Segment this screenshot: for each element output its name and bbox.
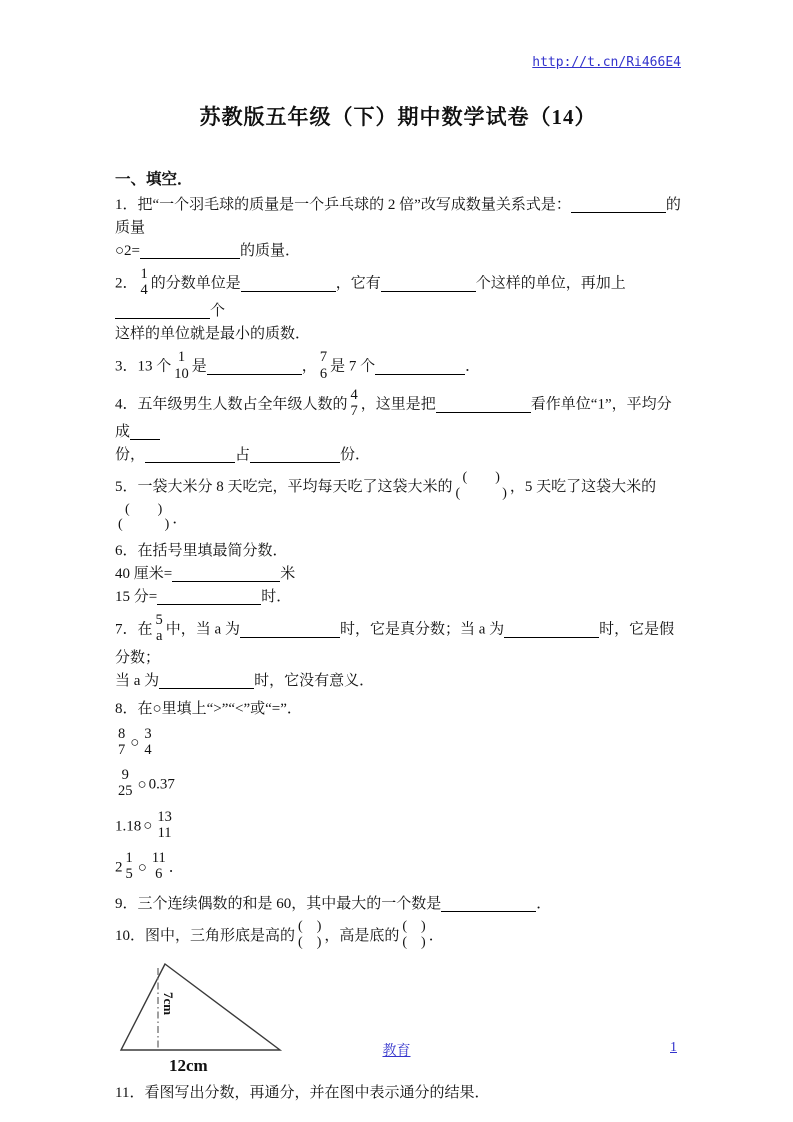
- fraction-numerator: 9: [118, 767, 133, 783]
- question-3-number: 3．: [115, 359, 138, 375]
- question-11-text: 看图写出分数，再通分，并在图中表示通分的结果．: [144, 1085, 489, 1101]
- blank-line: [207, 360, 302, 375]
- blank-line: [172, 567, 280, 582]
- question-9-number: 9．: [115, 896, 138, 912]
- question-1-text: 的质量．: [240, 243, 300, 259]
- fraction-numerator: ( ): [298, 919, 321, 935]
- question-5-number: 5．: [115, 480, 138, 496]
- question-9-text: ．: [536, 896, 551, 912]
- question-5-text: 一袋大米分 8 天吃完，平均每天吃了这袋大米的: [138, 480, 453, 496]
- question-4-text: ，这里是把: [361, 397, 436, 413]
- blank-line: [441, 897, 536, 912]
- question-1-text: 把“一个羽毛球的质量是一个乒乓球的 2 倍”改写成数量关系式是：: [138, 197, 571, 213]
- question-10-text: ，高是底的: [324, 929, 399, 945]
- question-2-number: 2．: [115, 276, 138, 292]
- question-11: 11．看图写出分数，再通分，并在图中表示通分的结果．: [115, 1082, 681, 1105]
- comparison-item-2: 925○0.37: [115, 769, 681, 801]
- question-4-text: 份．: [340, 447, 370, 463]
- question-4-text: 五年级男生人数占全年级人数的: [138, 397, 348, 413]
- fraction-denominator: ( ): [456, 486, 507, 502]
- fraction: 47: [351, 387, 358, 419]
- fraction-numerator: 4: [351, 387, 358, 403]
- question-8-number: 8．: [115, 701, 138, 717]
- fraction-denominator: 6: [152, 866, 166, 882]
- question-4-number: 4．: [115, 397, 138, 413]
- question-2: 2．14的分数单位是，它有个这样的单位，再加上个 这样的单位就是最小的质数．: [115, 268, 681, 346]
- question-10-number: 10．: [115, 929, 145, 945]
- question-10-text: 图中，三角形底是高的: [145, 929, 295, 945]
- question-7-text: 中，当 a 为: [166, 622, 240, 638]
- blank-line: [157, 590, 261, 605]
- page-footer: 教育 1: [0, 1040, 793, 1060]
- fraction-numerator: 11: [152, 850, 166, 866]
- footer-page-number-link[interactable]: 1: [670, 1040, 677, 1056]
- fraction-blank: ( )( ): [298, 919, 321, 950]
- header-url-link[interactable]: http://t.cn/Ri466E4: [532, 55, 681, 70]
- question-7-text: 当 a 为: [115, 673, 159, 689]
- comparison-circle: ○: [136, 777, 149, 793]
- blank-line: [159, 674, 254, 689]
- question-7-text: 时，它是真分数；当 a 为: [340, 622, 504, 638]
- question-4-text: 份，: [115, 447, 145, 463]
- question-9-text: 三个连续偶数的和是 60，其中最大的一个数是: [138, 896, 442, 912]
- comparison-circle: ○: [136, 860, 149, 876]
- question-1-circle-expr: ○2=: [115, 243, 140, 259]
- fraction-numerator: ( ): [456, 470, 507, 486]
- question-10-text: ．: [429, 929, 444, 945]
- fraction-denominator: 4: [144, 742, 151, 758]
- fraction-blank: ( )( ): [118, 502, 169, 533]
- question-5-text: ．: [172, 511, 187, 527]
- question-7-text: 在: [138, 622, 153, 638]
- question-3: 3．13 个110是，76是 7 个．: [115, 351, 681, 383]
- question-4-text: 占: [235, 447, 250, 463]
- fraction-numerator: 3: [144, 726, 151, 742]
- exam-page: http://t.cn/Ri466E4 苏教版五年级（下）期中数学试卷（14） …: [0, 0, 793, 1122]
- fraction-blank: ( )( ): [456, 470, 507, 501]
- fraction: 15: [126, 850, 133, 882]
- fraction-denominator: 6: [320, 366, 327, 382]
- fraction-denominator: 11: [157, 825, 172, 841]
- question-6: 6．在括号里填最简分数． 40 厘米=米 15 分=时．: [115, 540, 681, 609]
- fraction: 34: [144, 726, 151, 758]
- question-1-number: 1．: [115, 197, 138, 213]
- fraction-denominator: 5: [126, 866, 133, 882]
- fraction-numerator: 1: [141, 266, 148, 282]
- comparison-item-1: 87○34: [115, 728, 681, 760]
- question-3-text: 13 个: [138, 359, 172, 375]
- question-7-text: 时，它没有意义．: [254, 673, 374, 689]
- fraction: 5a: [156, 612, 163, 644]
- blank-line: [504, 623, 599, 638]
- comparison-item-4: 215○116．: [115, 852, 681, 884]
- question-6-text: 时．: [261, 589, 291, 605]
- question-2-text: 的分数单位是: [151, 276, 241, 292]
- question-6-text: 40 厘米=: [115, 566, 172, 582]
- fraction-numerator: 1: [126, 850, 133, 866]
- fraction-denominator: 4: [141, 282, 148, 298]
- fraction-denominator: ( ): [298, 935, 321, 951]
- question-6-number: 6．: [115, 543, 138, 559]
- question-8-text: 在○里填上“>”“<”或“=”．: [138, 701, 302, 717]
- decimal-value: 1.18: [115, 818, 141, 834]
- blank-line: [140, 244, 240, 259]
- comparison-item-3: 1.18○1311: [115, 811, 681, 843]
- fraction-numerator: 7: [320, 349, 327, 365]
- fraction-denominator: 10: [174, 366, 189, 382]
- footer-edu-link[interactable]: 教育: [383, 1044, 411, 1059]
- fraction-denominator: ( ): [118, 517, 169, 533]
- question-7-number: 7．: [115, 622, 138, 638]
- question-1: 1．把“一个羽毛球的质量是一个乒乓球的 2 倍”改写成数量关系式是：的质量 ○2…: [115, 194, 681, 263]
- blank-line: [436, 398, 531, 413]
- question-3-text: ．: [465, 359, 480, 375]
- fraction-denominator: 25: [118, 783, 133, 799]
- question-2-text: 个: [210, 303, 225, 319]
- page-header: http://t.cn/Ri466E4: [115, 0, 681, 71]
- triangle-height-label: 7cm: [161, 992, 176, 1015]
- fraction-denominator: a: [156, 628, 163, 644]
- fraction-numerator: ( ): [402, 919, 425, 935]
- fraction-numerator: 13: [157, 809, 172, 825]
- question-10: 10．图中，三角形底是高的( )( )，高是底的( )( )．: [115, 921, 681, 952]
- blank-line: [375, 360, 465, 375]
- fraction: 87: [118, 726, 125, 758]
- question-3-text: 是 7 个: [330, 359, 375, 375]
- question-3-text: ，: [302, 359, 317, 375]
- question-6-text: 米: [280, 566, 295, 582]
- section-heading-fill-in: 一、填空．: [115, 167, 681, 189]
- fraction-numerator: 5: [156, 612, 163, 628]
- question-5-text: ，5 天吃了这袋大米的: [510, 480, 656, 496]
- question-2-text: 这样的单位就是最小的质数．: [115, 326, 310, 342]
- blank-line: [381, 277, 476, 292]
- fraction-denominator: 7: [118, 742, 125, 758]
- question-9: 9．三个连续偶数的和是 60，其中最大的一个数是．: [115, 893, 681, 916]
- question-8-text: ．: [169, 860, 184, 876]
- fraction: 925: [118, 767, 133, 799]
- fraction: 76: [320, 349, 327, 381]
- blank-line: [240, 623, 340, 638]
- fraction-numerator: ( ): [118, 502, 169, 518]
- blank-line: [571, 198, 666, 213]
- blank-line: [250, 448, 340, 463]
- question-3-text: 是: [192, 359, 207, 375]
- triangle-shape: [121, 964, 280, 1050]
- question-11-number: 11．: [115, 1085, 144, 1101]
- fraction-blank: ( )( ): [402, 919, 425, 950]
- question-5: 5．一袋大米分 8 天吃完，平均每天吃了这袋大米的( )( )，5 天吃了这袋大…: [115, 472, 681, 535]
- fraction-numerator: 8: [118, 726, 125, 742]
- question-4: 4．五年级男生人数占全年级人数的47，这里是把看作单位“1”，平均分成 份，占份…: [115, 389, 681, 467]
- fraction-numerator: 1: [174, 349, 189, 365]
- mixed-number-whole: 2: [115, 860, 123, 876]
- comparison-circle: ○: [128, 735, 141, 751]
- fraction: 110: [174, 349, 189, 381]
- fraction: 1311: [157, 809, 172, 841]
- question-2-text: ，它有: [336, 276, 381, 292]
- fraction-denominator: 7: [351, 403, 358, 419]
- question-2-text: 个这样的单位，再加上: [476, 276, 626, 292]
- question-7: 7．在5a中，当 a 为时，它是真分数；当 a 为时，它是假分数； 当 a 为时…: [115, 614, 681, 692]
- blank-line: [115, 304, 210, 319]
- question-8: 8．在○里填上“>”“<”或“=”． 87○34 925○0.37 1.18○1…: [115, 698, 681, 885]
- comparison-circle: ○: [141, 818, 154, 834]
- decimal-value: 0.37: [149, 777, 175, 793]
- fraction: 14: [141, 266, 148, 298]
- fraction: 116: [152, 850, 166, 882]
- question-6-text: 在括号里填最简分数．: [138, 543, 288, 559]
- page-title: 苏教版五年级（下）期中数学试卷（14）: [115, 101, 681, 131]
- blank-line: [241, 277, 336, 292]
- blank-line: [145, 448, 235, 463]
- blank-line: [130, 425, 160, 440]
- fraction-denominator: ( ): [402, 935, 425, 951]
- question-6-text: 15 分=: [115, 589, 157, 605]
